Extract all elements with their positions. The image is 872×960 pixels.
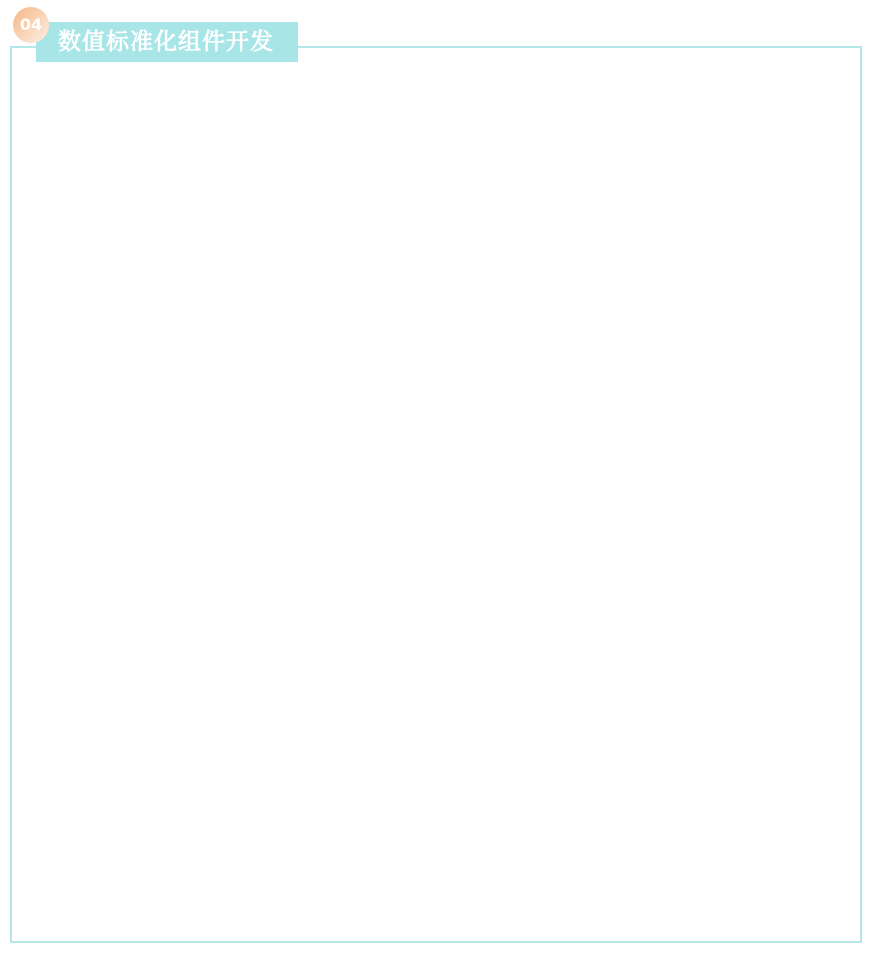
project-detail-page: 数值标准化组件开发 04 项目链接：https://summer-ospp.ac… (0, 0, 872, 960)
project-card-border (10, 46, 862, 943)
section-title: 数值标准化组件开发 (58, 29, 274, 55)
section-number: 04 (20, 15, 42, 34)
section-title-bar: 数值标准化组件开发 (36, 22, 298, 62)
section-number-badge: 04 (13, 7, 49, 43)
